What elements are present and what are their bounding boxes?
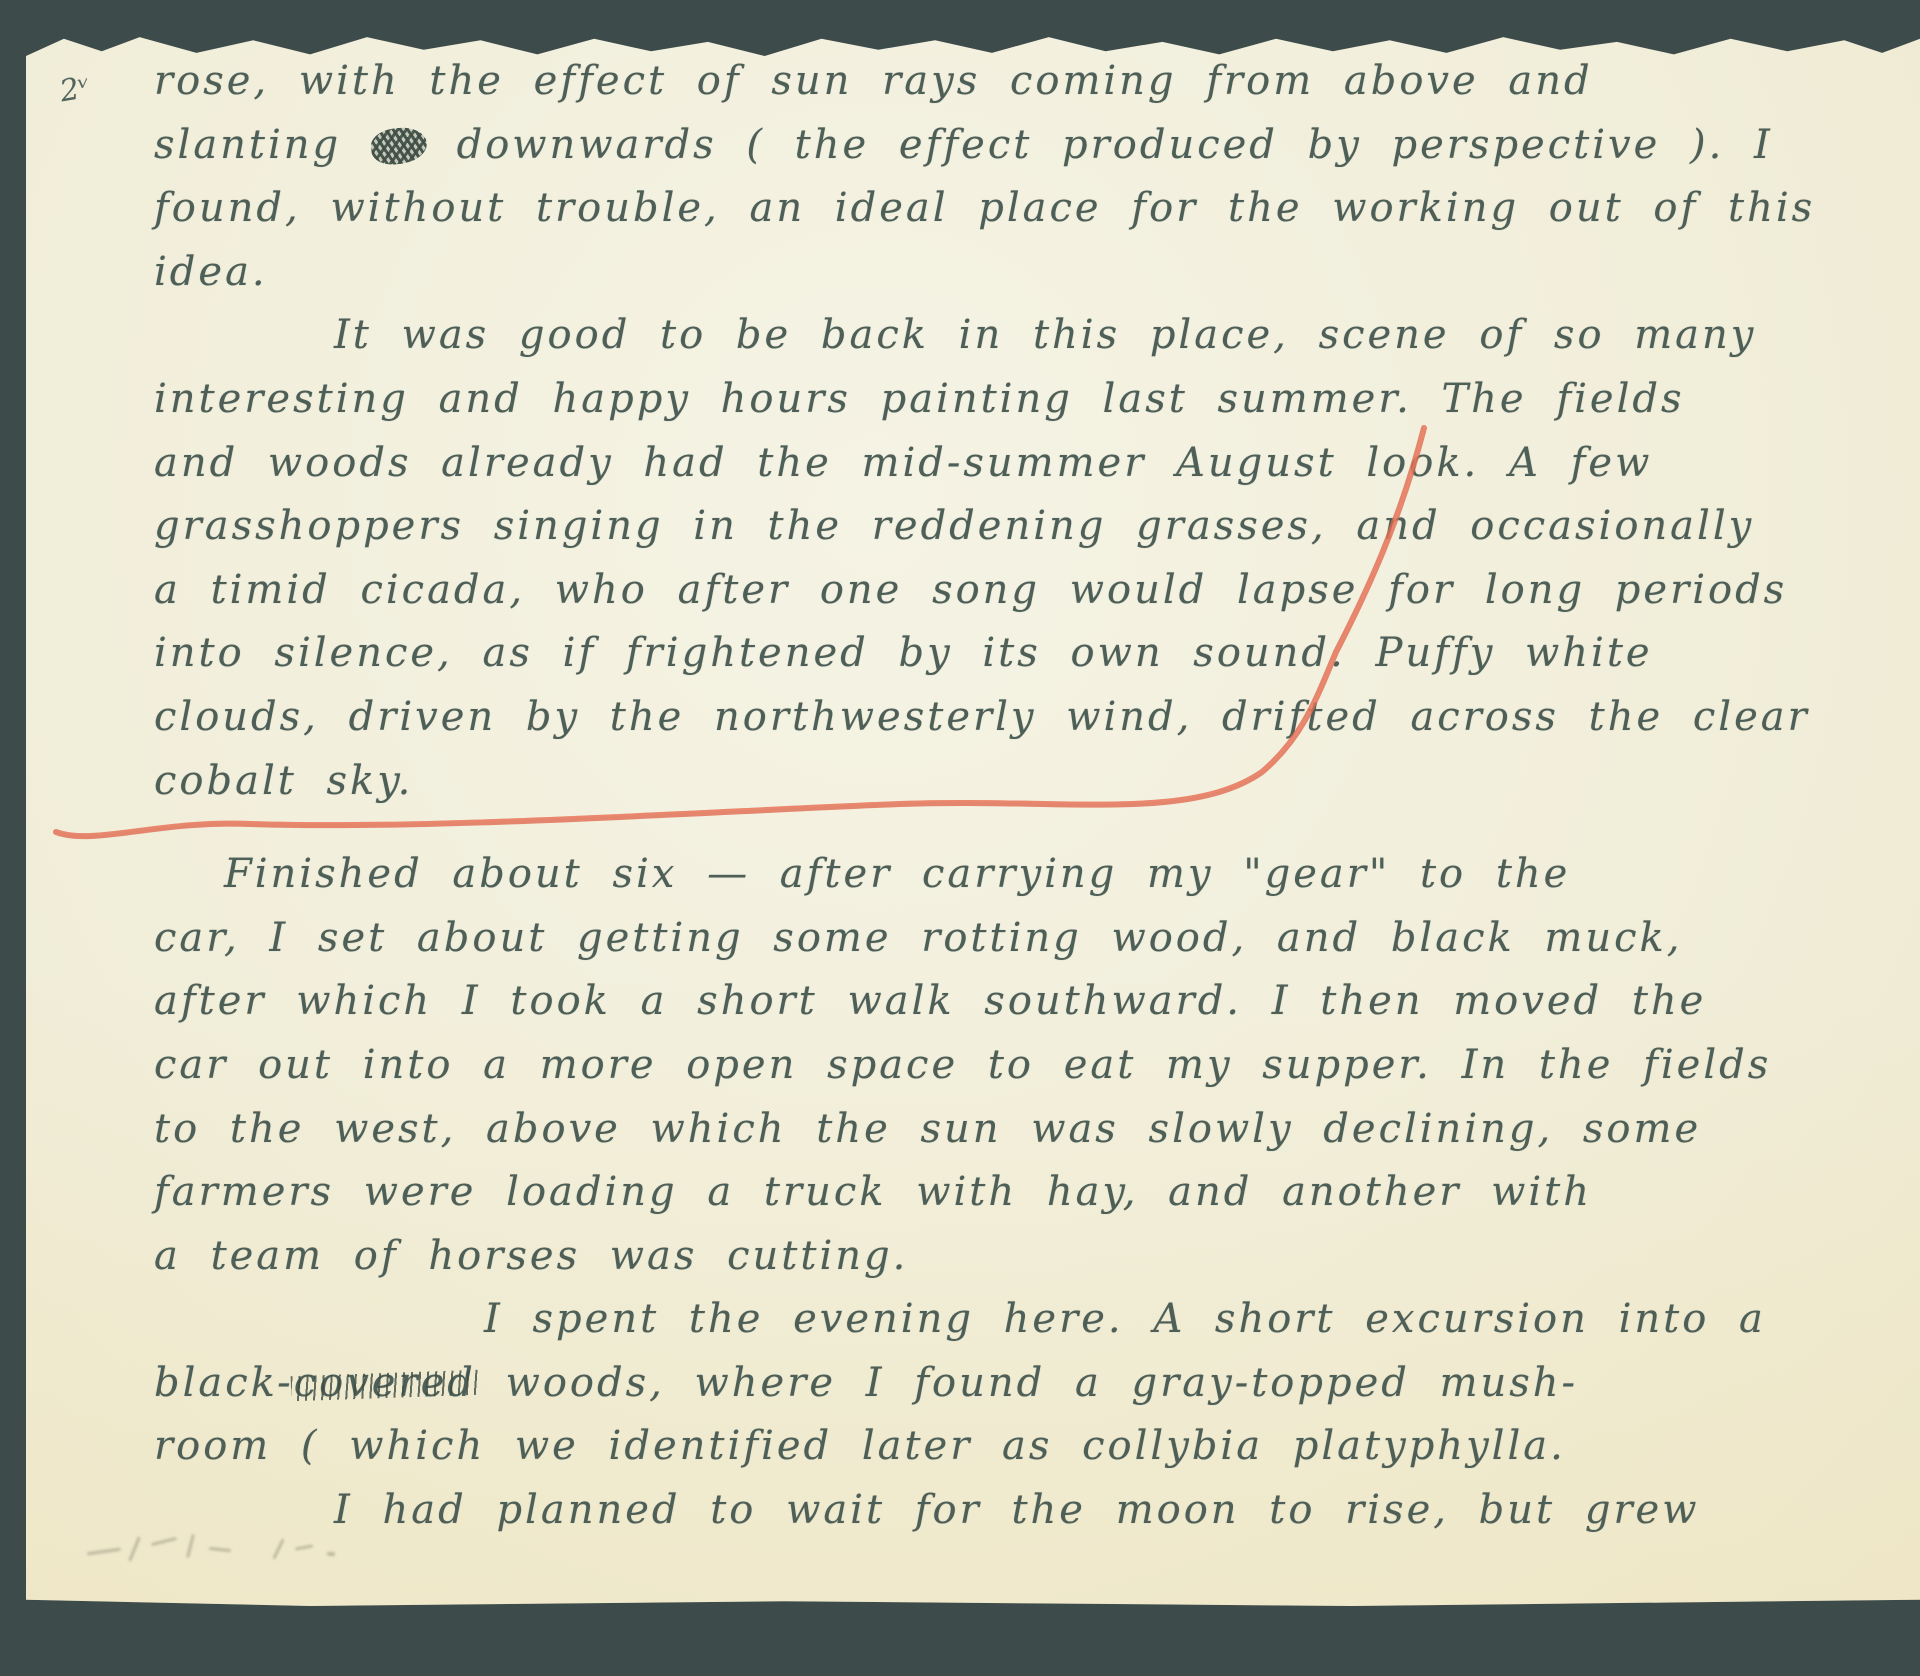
manuscript-line: a timid cicada, who after one song would… xyxy=(154,559,1900,623)
handwritten-text: a team of horses was cutting. xyxy=(154,1233,908,1279)
handwritten-text: cobalt sky. xyxy=(154,758,413,804)
handwritten-text: clouds, driven by the northwesterly wind… xyxy=(154,694,1810,740)
handwritten-text: It was good to be back in this place, sc… xyxy=(334,312,1756,358)
handwritten-text: Finished about six — after carrying my "… xyxy=(224,851,1570,897)
ink-scribble-blob xyxy=(369,125,428,167)
handwritten-text: I spent the evening here. A short excurs… xyxy=(484,1296,1766,1342)
manuscript-line: I spent the evening here. A short excurs… xyxy=(154,1288,1900,1352)
handwritten-text: after which I took a short walk southwar… xyxy=(154,978,1706,1024)
manuscript-line: into silence, as if frightened by its ow… xyxy=(154,622,1900,686)
pencil-smudge xyxy=(81,1526,401,1576)
handwritten-text: I had planned to wait for the moon to ri… xyxy=(334,1487,1699,1533)
handwritten-text: a timid cicada, who after one song would… xyxy=(154,567,1787,613)
paragraph: It was good to be back in this place, sc… xyxy=(154,304,1900,813)
manuscript-line: slanting downwards ( the effect produced… xyxy=(154,114,1900,178)
manuscript-page: 2ᵛ rose, with the effect of sun rays com… xyxy=(26,34,1920,1606)
manuscript-line: I had planned to wait for the moon to ri… xyxy=(154,1479,1900,1543)
handwritten-text: downwards ( the effect produced by persp… xyxy=(427,122,1773,168)
manuscript-line: grasshoppers singing in the reddening gr… xyxy=(154,495,1900,559)
manuscript-line: black-covered woods, where I found a gra… xyxy=(154,1352,1900,1416)
scribbled-word: covered xyxy=(294,1352,476,1416)
manuscript-line: idea. xyxy=(154,241,1900,305)
manuscript-line: and woods already had the mid-summer Aug… xyxy=(154,432,1900,496)
handwritten-text: interesting and happy hours painting las… xyxy=(154,376,1685,422)
paragraph: rose, with the effect of sun rays coming… xyxy=(154,50,1900,304)
manuscript-line: car, I set about getting some rotting wo… xyxy=(154,907,1900,971)
page-number-mark: 2ᵛ xyxy=(57,70,93,110)
handwritten-text: slanting xyxy=(154,122,371,168)
handwritten-text: farmers were loading a truck with hay, a… xyxy=(154,1169,1592,1215)
paragraph: Finished about six — after carrying my "… xyxy=(154,843,1900,1288)
handwritten-text: into silence, as if frightened by its ow… xyxy=(154,630,1653,676)
handwritten-text: car, I set about getting some rotting wo… xyxy=(154,915,1682,961)
manuscript-line: It was good to be back in this place, sc… xyxy=(154,304,1900,368)
manuscript-line: cobalt sky. xyxy=(154,750,1900,814)
manuscript-line: rose, with the effect of sun rays coming… xyxy=(154,50,1900,114)
manuscript-line: to the west, above which the sun was slo… xyxy=(154,1098,1900,1162)
manuscript-line: Finished about six — after carrying my "… xyxy=(154,843,1900,907)
manuscript-line: room ( which we identified later as coll… xyxy=(154,1415,1900,1479)
manuscript-line: a team of horses was cutting. xyxy=(154,1225,1900,1289)
handwritten-text: grasshoppers singing in the reddening gr… xyxy=(154,503,1754,549)
handwritten-text: rose, with the effect of sun rays coming… xyxy=(154,58,1593,104)
handwritten-text: idea. xyxy=(154,249,268,295)
handwritten-text: and woods already had the mid-summer Aug… xyxy=(154,440,1652,486)
handwritten-text: black- xyxy=(154,1360,294,1406)
manuscript-line: interesting and happy hours painting las… xyxy=(154,368,1900,432)
paragraph: I spent the evening here. A short excurs… xyxy=(154,1288,1900,1479)
paragraph: I had planned to wait for the moon to ri… xyxy=(154,1479,1900,1543)
manuscript-line: farmers were loading a truck with hay, a… xyxy=(154,1161,1900,1225)
photographed-manuscript: { "document": { "kind": "handwritten-jou… xyxy=(0,0,1920,1676)
manuscript-line: after which I took a short walk southwar… xyxy=(154,970,1900,1034)
handwritten-text: found, without trouble, an ideal place f… xyxy=(154,185,1815,231)
handwritten-text: room ( which we identified later as coll… xyxy=(154,1423,1566,1469)
handwritten-text: car out into a more open space to eat my… xyxy=(154,1042,1771,1088)
manuscript-text: rose, with the effect of sun rays coming… xyxy=(154,50,1900,1543)
handwritten-text: to the west, above which the sun was slo… xyxy=(154,1106,1701,1152)
manuscript-line: found, without trouble, an ideal place f… xyxy=(154,177,1900,241)
manuscript-line: clouds, driven by the northwesterly wind… xyxy=(154,686,1900,750)
manuscript-line: car out into a more open space to eat my… xyxy=(154,1034,1900,1098)
handwritten-text: woods, where I found a gray-topped mush- xyxy=(476,1360,1578,1406)
